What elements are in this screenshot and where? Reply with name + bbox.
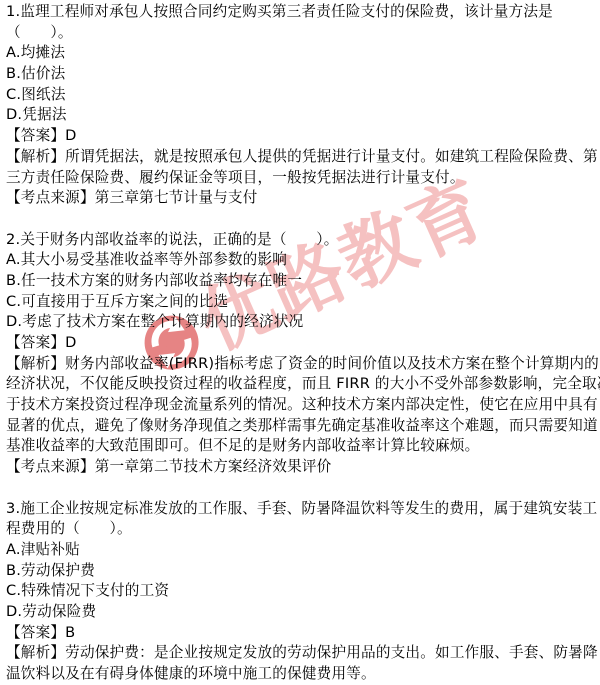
text-line: 温饮料以及在有碍身体健康的环境中施工的保健费用等。 [6, 664, 594, 685]
text-line: 【解析】财务内部收益率(FIRR)指标考虑了资金的时间价值以及技术方案在整个计算… [6, 354, 594, 375]
text-line: A.均摊法 [6, 43, 594, 64]
text-line: 基准收益率的大致范围即可。但不足的是财务内部收益率计算比较麻烦。 [6, 436, 594, 457]
text-line: D.凭据法 [6, 105, 594, 126]
text-line: A.其大小易受基准收益率等外部参数的影响 [6, 250, 594, 271]
text-line: 3.施工企业按规定标准发放的工作服、手套、防暑降温饮料等发生的费用，属于建筑安装… [6, 499, 594, 520]
text-line: 于技术方案投资过程净现金流量系列的情况。这种技术方案内部决定性，使它在应用中具有 [6, 395, 594, 416]
text-line: 【答案】B [6, 623, 594, 644]
text-line: C.可直接用于互斥方案之间的比选 [6, 292, 594, 313]
text-line: 2.关于财务内部收益率的说法，正确的是（ ）。 [6, 230, 594, 251]
question-block-2: 2.关于财务内部收益率的说法，正确的是（ ）。A.其大小易受基准收益率等外部参数… [6, 230, 594, 478]
text-line: D.劳动保险费 [6, 602, 594, 623]
text-line: 【考点来源】第三章第七节计量与支付 [6, 188, 594, 209]
text-line: 程费用的（ ）。 [6, 519, 594, 540]
text-line: A.津贴补贴 [6, 540, 594, 561]
text-line: D.考虑了技术方案在整个计算期内的经济状况 [6, 312, 594, 333]
text-line: 【解析】劳动保护费：是企业按规定发放的劳动保护用品的支出。如工作服、手套、防暑降 [6, 643, 594, 664]
exam-document-page: 优路教育 1.监理工程师对承包人按照合同约定购买第三者责任险支付的保险费，该计量… [0, 0, 600, 685]
text-line: C.特殊情况下支付的工资 [6, 581, 594, 602]
question-block-3: 3.施工企业按规定标准发放的工作服、手套、防暑降温饮料等发生的费用，属于建筑安装… [6, 499, 594, 685]
text-line: B.估价法 [6, 64, 594, 85]
question-block-1: 1.监理工程师对承包人按照合同约定购买第三者责任险支付的保险费，该计量方法是（ … [6, 2, 594, 209]
text-line: 1.监理工程师对承包人按照合同约定购买第三者责任险支付的保险费，该计量方法是 [6, 2, 594, 23]
text-line: B.劳动保护费 [6, 561, 594, 582]
text-line: B.任一技术方案的财务内部收益率均存在唯一 [6, 271, 594, 292]
text-line: C.图纸法 [6, 85, 594, 106]
text-line: 三方责任险保险费、履约保证金等项目，一般按凭据法进行计量支付。 [6, 168, 594, 189]
text-line: （ ）。 [6, 23, 594, 44]
text-line: 经济状况，不仅能反映投资过程的收益程度，而且 FIRR 的大小不受外部参数影响，… [6, 374, 594, 395]
text-line: 【答案】D [6, 333, 594, 354]
text-line: 【考点来源】第一章第二节技术方案经济效果评价 [6, 457, 594, 478]
text-line: 【解析】所谓凭据法，就是按照承包人提供的凭据进行计量支付。如建筑工程险保险费、第 [6, 147, 594, 168]
text-line: 【答案】D [6, 126, 594, 147]
text-line: 显著的优点，避免了像财务净现值之类那样需事先确定基准收益率这个难题，而只需要知道 [6, 416, 594, 437]
questions-content: 1.监理工程师对承包人按照合同约定购买第三者责任险支付的保险费，该计量方法是（ … [0, 0, 600, 685]
